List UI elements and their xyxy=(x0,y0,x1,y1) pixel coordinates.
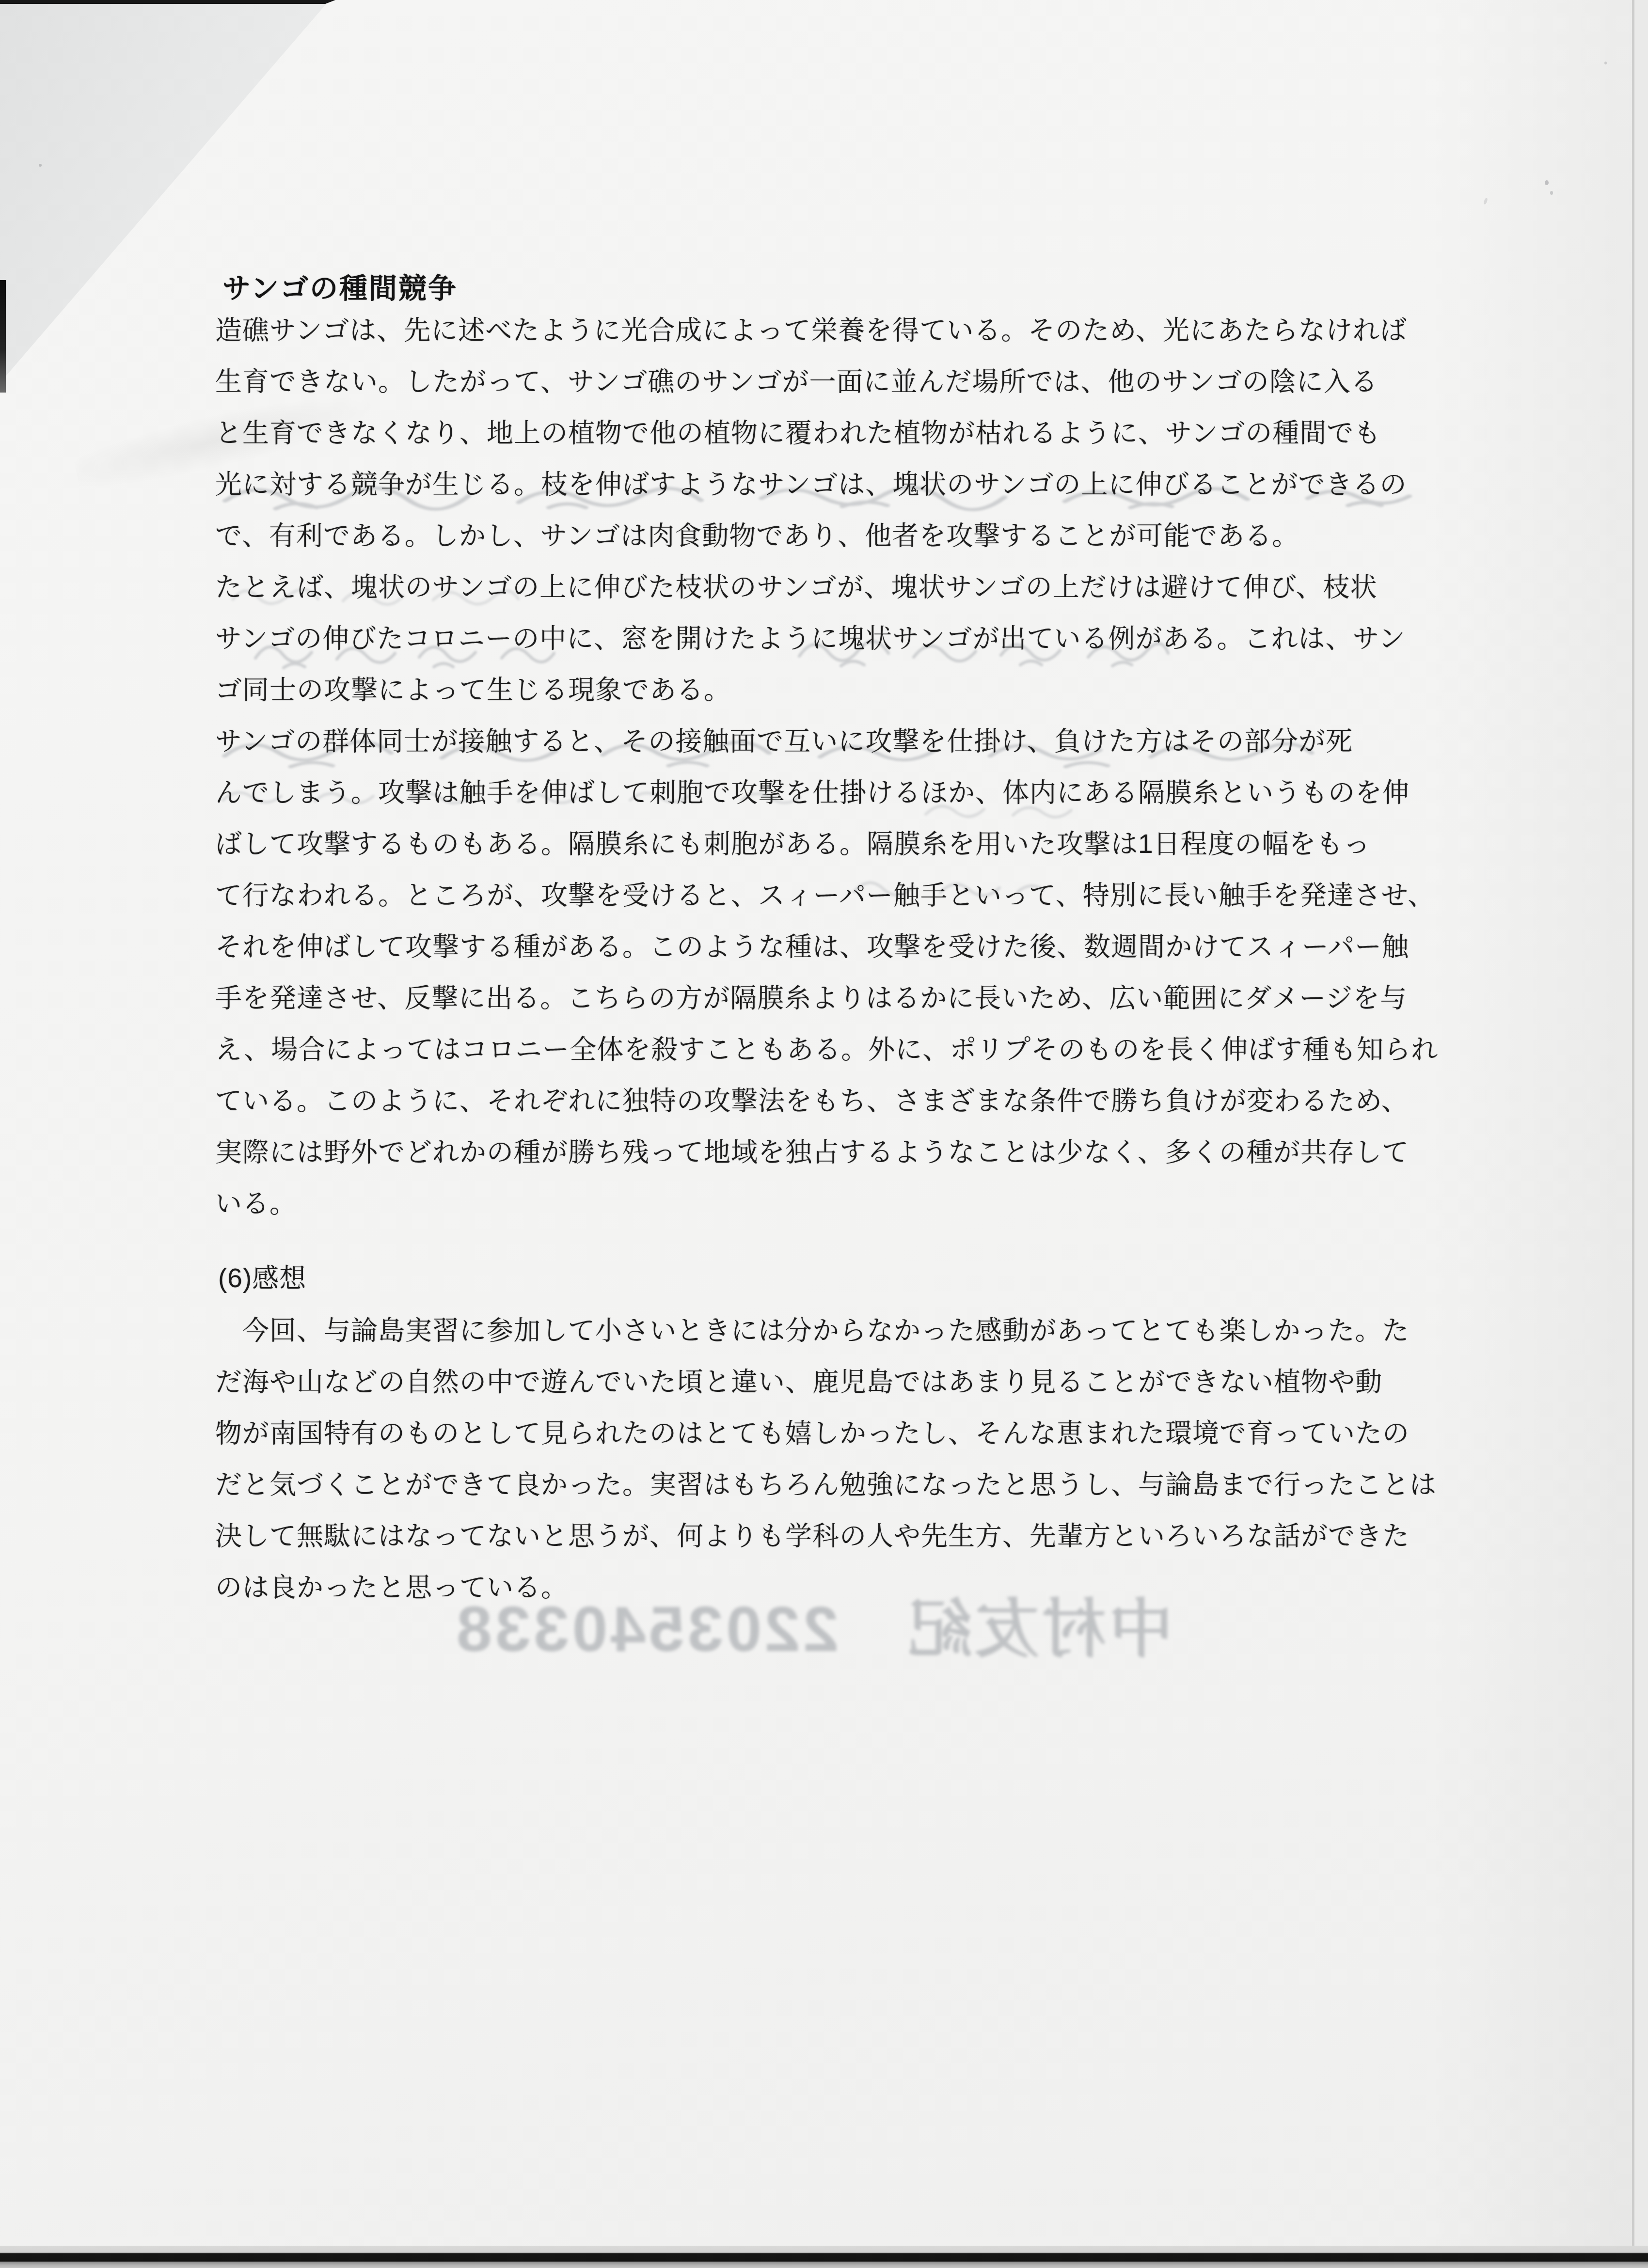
text-line: いる。 xyxy=(215,1178,1438,1229)
text-line: ゴ同士の攻撃によって生じる現象である。 xyxy=(215,664,1438,715)
text-line: 手を発達させ、反撃に出る。こちらの方が隔膜糸よりはるかに長いため、広い範囲にダメ… xyxy=(215,972,1438,1024)
dust-speck xyxy=(39,164,42,167)
scan-left-edge-gap xyxy=(0,280,6,393)
text-line: だ海や山などの自然の中で遊んでいた頃と違い、鹿児島ではあまり見ることができない植… xyxy=(215,1356,1437,1407)
text-line: え、場合によってはコロニー全体を殺すこともある。外に、ポリプそのものを長く伸ばす… xyxy=(215,1024,1438,1075)
text-line: 今回、与論島実習に参加して小さいときには分からなかった感動があってとても楽しかっ… xyxy=(215,1305,1437,1356)
text-line: 決して無駄にはなってないと思うが、何よりも学科の人や先生方、先輩方といろいろな話… xyxy=(215,1510,1437,1561)
scanned-page: 中村友紀 2203540338 サンゴの種間競争 造礁サンゴは、先に述べたように… xyxy=(0,0,1648,2268)
text-line: と生育できなくなり、地上の植物で他の植物に覆われた植物が枯れるように、サンゴの種… xyxy=(215,407,1438,458)
text-line: 実際には野外でどれかの種が勝ち残って地域を独占するようなことは少なく、多くの種が… xyxy=(215,1126,1438,1178)
dust-speck xyxy=(1550,191,1553,195)
text-line: で、有利である。しかし、サンゴは肉食動物であり、他者を攻撃することが可能である。 xyxy=(215,510,1438,561)
text-line: サンゴの群体同士が接触すると、その接触面で互いに攻撃を仕掛け、負けた方はその部分… xyxy=(215,715,1438,767)
text-line: んでしまう。攻撃は触手を伸ばして刺胞で攻撃を仕掛けるほか、体内にある隔膜糸という… xyxy=(215,767,1438,818)
heading-kansou: (6)感想 xyxy=(218,1252,306,1304)
text-line: ばして攻撃するものもある。隔膜糸にも刺胞がある。隔膜糸を用いた攻撃は1日程度の幅… xyxy=(215,818,1438,869)
text-line: 光に対する競争が生じる。枝を伸ばすようなサンゴは、塊状のサンゴの上に伸びることが… xyxy=(215,458,1438,510)
text-line: 物が南国特有のものとして見られたのはとても嬉しかったし、そんな恵まれた環境で育っ… xyxy=(215,1407,1437,1459)
text-line: だと気づくことができて良かった。実習はもちろん勉強になったと思うし、与論島まで行… xyxy=(215,1459,1437,1510)
paragraph-coral-competition: 造礁サンゴは、先に述べたように光合成によって栄養を得ている。そのため、光にあたら… xyxy=(215,304,1438,1229)
page-right-edge-line xyxy=(1632,0,1634,2268)
paragraph-kansou: 今回、与論島実習に参加して小さいときには分からなかった感動があってとても楽しかっ… xyxy=(215,1305,1437,1613)
page-title: サンゴの種間競争 xyxy=(222,266,458,306)
page-right-margin xyxy=(1633,0,1648,2268)
text-line: それを伸ばして攻撃する種がある。このような種は、攻撃を受けた後、数週間かけてスィ… xyxy=(215,921,1438,972)
scan-top-edge xyxy=(0,0,335,4)
dust-speck xyxy=(1545,180,1549,185)
text-line: て行なわれる。ところが、攻撃を受けると、スィーパー触手といって、特別に長い触手を… xyxy=(215,869,1438,921)
text-line: 生育できない。したがって、サンゴ礁のサンゴが一面に並んだ場所では、他のサンゴの陰… xyxy=(215,356,1438,407)
paper-shading xyxy=(1424,0,1632,2268)
text-line: ている。このように、それぞれに独特の攻撃法をもち、さまざまな条件で勝ち負けが変わ… xyxy=(215,1075,1438,1126)
text-line: のは良かったと思っている。 xyxy=(215,1561,1437,1613)
text-line: 造礁サンゴは、先に述べたように光合成によって栄養を得ている。そのため、光にあたら… xyxy=(215,304,1438,356)
scan-bottom-edge xyxy=(0,2246,1648,2268)
document-text-layer: サンゴの種間競争 造礁サンゴは、先に述べたように光合成によって栄養を得ている。そ… xyxy=(0,0,1648,2268)
dust-speck xyxy=(1604,62,1607,64)
text-line: サンゴの伸びたコロニーの中に、窓を開けたように塊状サンゴが出ている例がある。これ… xyxy=(215,613,1438,664)
text-line: たとえば、塊状のサンゴの上に伸びた枝状のサンゴが、塊状サンゴの上だけは避けて伸び… xyxy=(215,561,1438,613)
